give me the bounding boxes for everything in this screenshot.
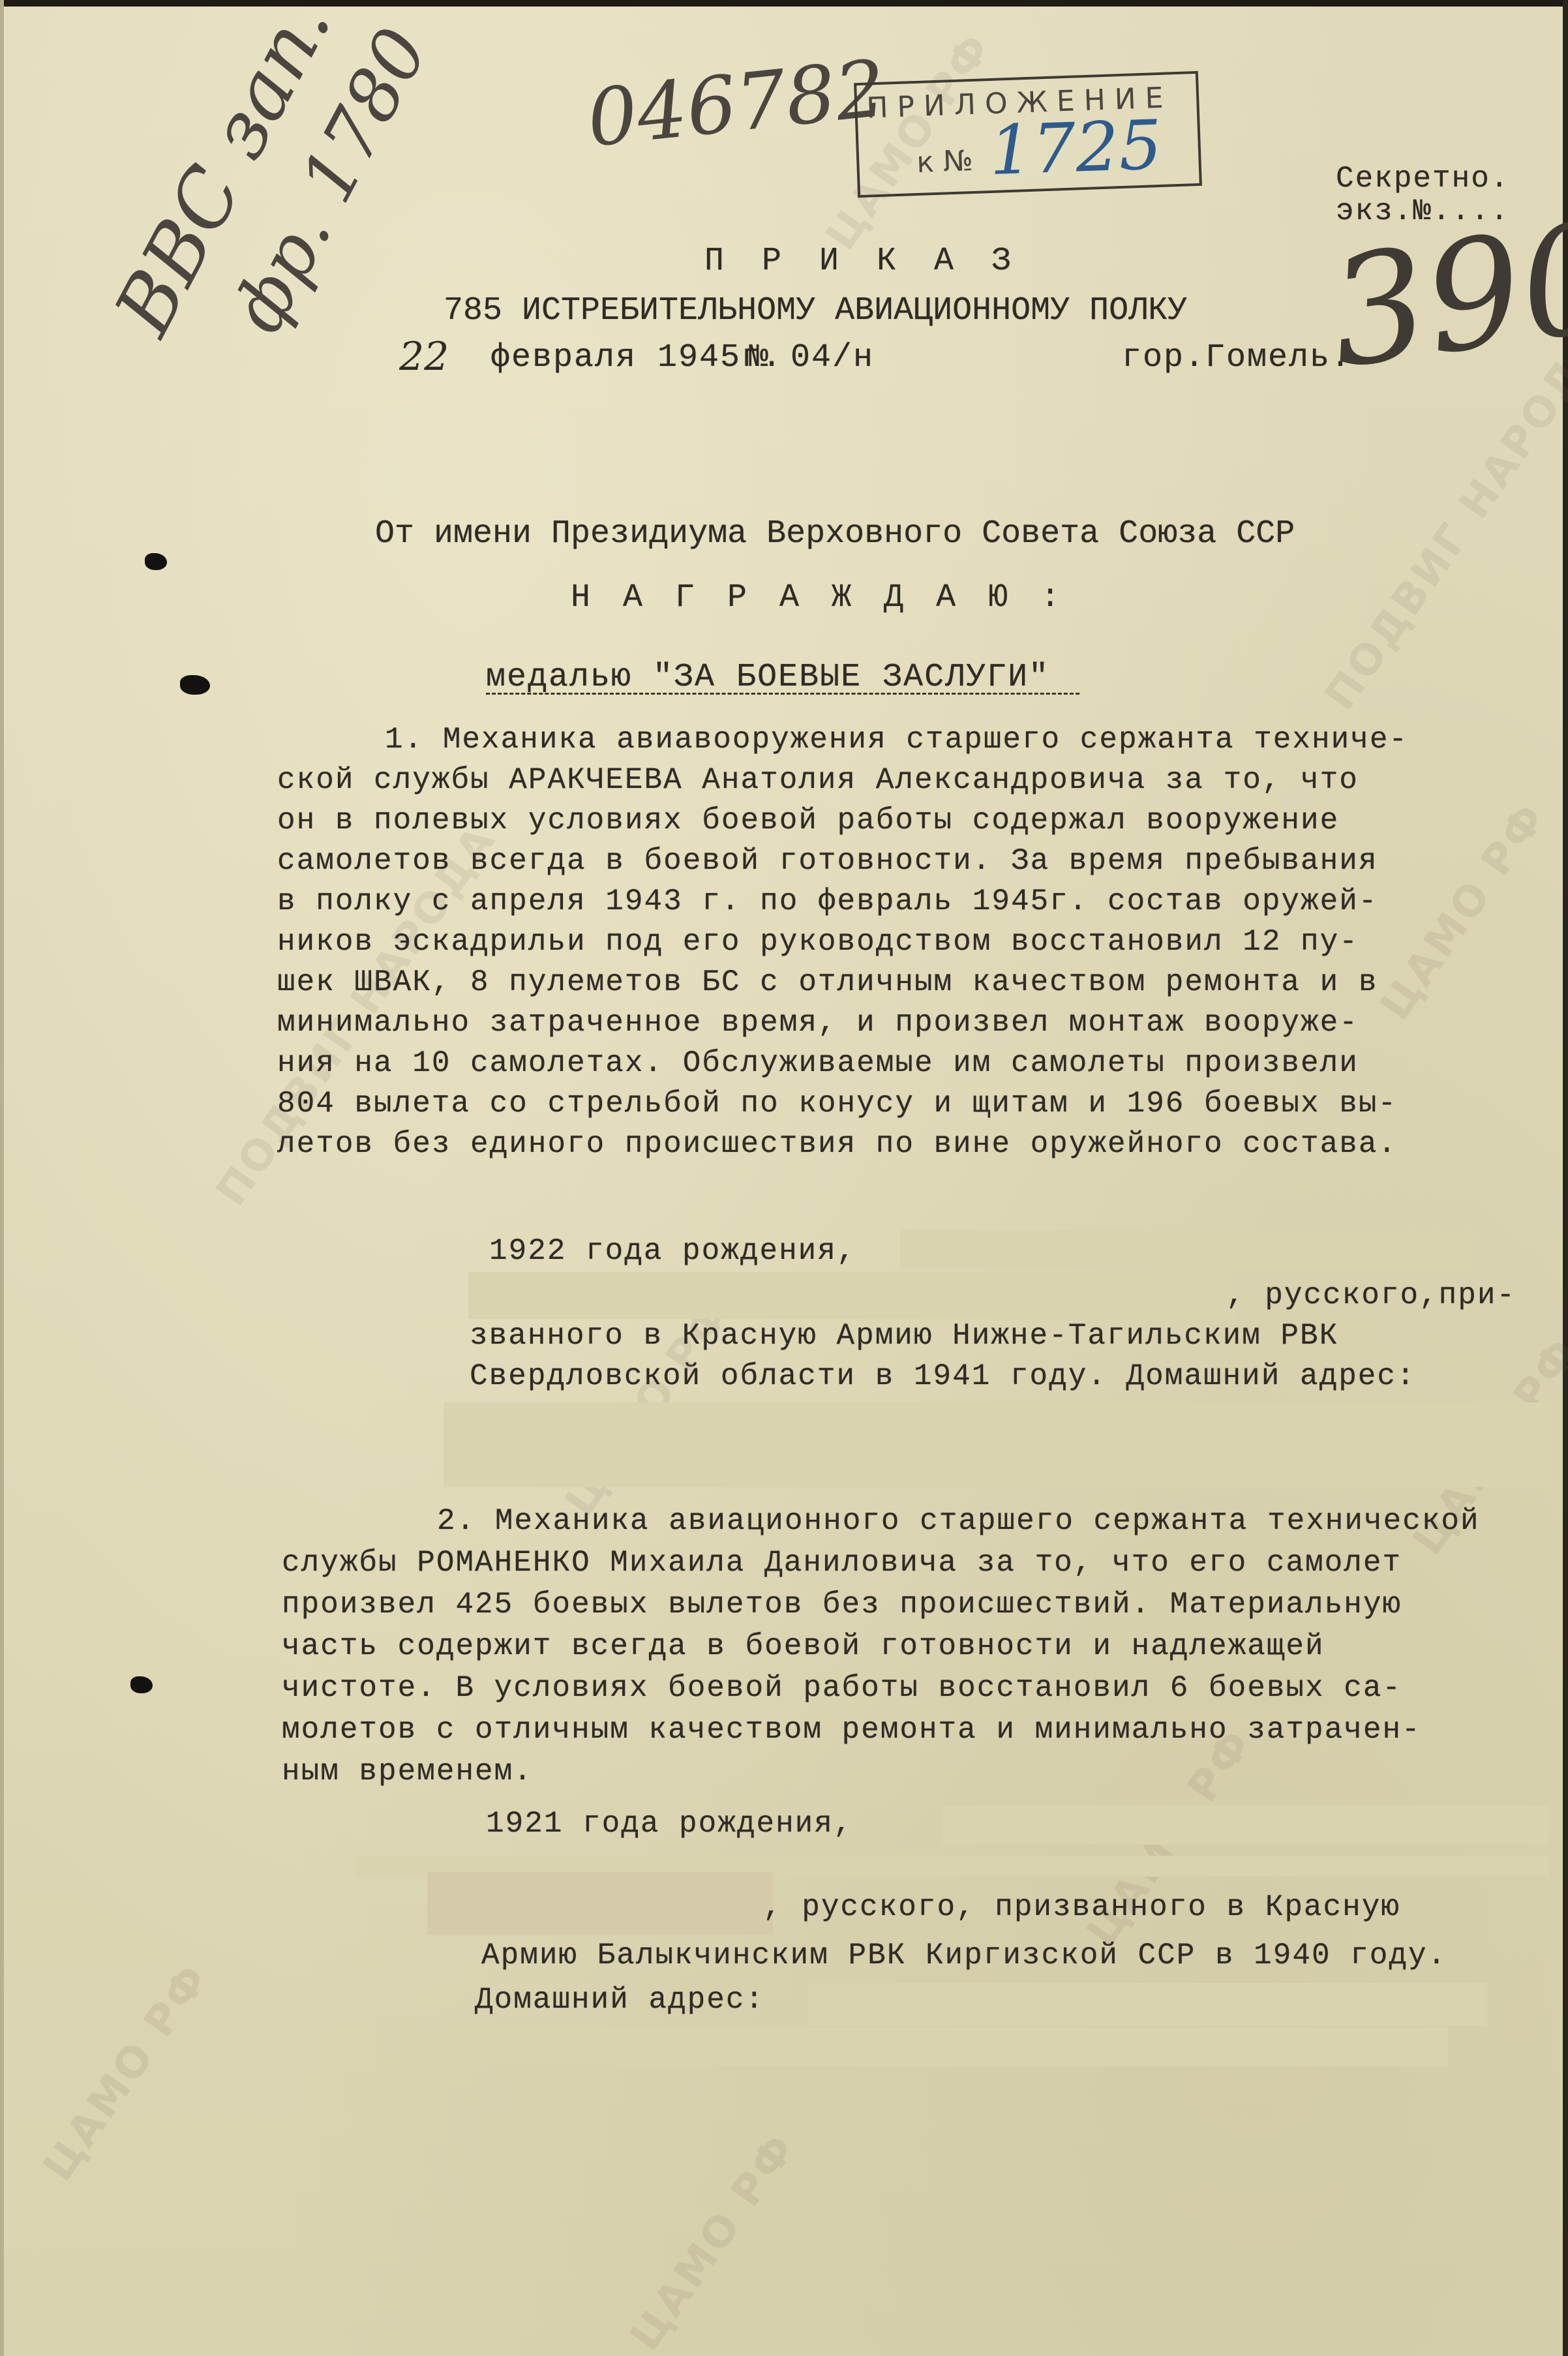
date-day-handwritten: 22 — [399, 334, 449, 380]
birth-year-line: 1921 года рождения, — [486, 1807, 853, 1841]
award-text-line: 804 вылета со стрельбой по конусу и щита… — [277, 1087, 1397, 1121]
classification-label: Секретно. — [1336, 162, 1509, 196]
award-text-line: в полку с апреля 1943 г. по февраль 1945… — [277, 884, 1378, 918]
home-address-line: Свердловской области в 1941 году. Домашн… — [470, 1359, 1416, 1393]
order-location: гор.Гомель. — [1122, 339, 1351, 376]
award-text-line: произвел 425 боевых вылетов без происшес… — [282, 1588, 1402, 1622]
award-text-line: молетов с отличным качеством ремонта и м… — [282, 1713, 1421, 1747]
award-text-line: часть содержит всегда в боевой готовност… — [282, 1629, 1325, 1663]
medal-heading-underline — [486, 693, 1079, 695]
punch-hole — [145, 553, 167, 570]
redacted-block — [427, 1872, 773, 1935]
award-text-line: ным временем. — [282, 1755, 533, 1789]
order-number: № 04/н — [749, 339, 874, 376]
redacted-block — [900, 1230, 1474, 1269]
watermark: ЦАМО РФ — [1371, 794, 1556, 1029]
conscription-line: званного в Красную Армию Нижне-Тагильски… — [470, 1319, 1338, 1353]
redacted-block — [468, 1272, 1235, 1319]
award-text-line: ской службы АРАКЧЕЕВА Анатолия Александр… — [277, 763, 1359, 797]
punch-hole — [130, 1676, 153, 1693]
award-text-line: ников эскадрильи под его руководством во… — [277, 925, 1359, 959]
award-text-line: 2. Механика авиационного старшего сержан… — [437, 1504, 1480, 1538]
unit-name: 785 ИСТРЕБИТЕЛЬНОМУ АВИАЦИОННОМУ ПОЛКУ — [444, 292, 1187, 329]
copy-number-label: экз.№.... — [1336, 194, 1509, 228]
document-page: ЦАМО РФ ПОДВИГ НАРОДА ЦАМО РФ ПОДВИГ НАР… — [0, 0, 1568, 2356]
award-verb: Н А Г Р А Ж Д А Ю : — [571, 579, 1066, 616]
award-text-line: он в полевых условиях боевой работы соде… — [277, 804, 1339, 838]
redacted-block — [444, 2027, 1448, 2066]
punch-hole — [180, 675, 210, 695]
watermark: ЦАМО РФ — [34, 1955, 219, 2190]
preamble: От имени Президиума Верховного Совета Со… — [375, 515, 1295, 552]
document-title: П Р И К А З — [704, 243, 1020, 280]
award-text-line: ния на 10 самолетах. Обслуживаемые им са… — [277, 1046, 1359, 1080]
home-address-line: Домашний адрес: — [475, 1983, 764, 2017]
award-text-line: шек ШВАК, 8 пулеметов БС с отличным каче… — [277, 965, 1378, 999]
award-text-line: самолетов всегда в боевой готовности. За… — [277, 844, 1378, 878]
scan-edge-top — [0, 0, 1568, 7]
redacted-block — [444, 1402, 1552, 1487]
stamp-number: 1725 — [988, 105, 1164, 190]
award-text-line: минимально затраченное время, и произвел… — [277, 1006, 1359, 1040]
award-text-line: 1. Механика авиавооружения старшего серж… — [385, 723, 1408, 757]
birth-year-line: 1922 года рождения, — [489, 1234, 856, 1268]
redacted-block — [809, 1983, 1487, 2026]
award-text-line: службы РОМАНЕНКО Михаила Даниловича за т… — [282, 1546, 1402, 1580]
medal-heading: медалью "ЗА БОЕВЫЕ ЗАСЛУГИ" — [486, 659, 1049, 696]
appendix-stamp: ПРИЛОЖЕНИЕ к № 1725 — [854, 71, 1202, 198]
redacted-block — [942, 1805, 1549, 1845]
scan-edge-left — [0, 0, 4, 2356]
watermark: ЦАМО РФ — [621, 2124, 806, 2356]
stamp-prefix: к № — [916, 144, 974, 179]
award-text-line: чистоте. В условиях боевой работы восста… — [282, 1671, 1402, 1705]
conscription-line: Армию Балыкчинским РВК Киргизской ССР в … — [481, 1939, 1447, 1972]
handwritten-inventory-number: 046782 — [583, 43, 890, 164]
award-text-line: летов без единого происшествия по вине о… — [277, 1127, 1397, 1161]
date-text: февраля 1945г. — [490, 339, 783, 376]
nationality-line: , русского, призванного в Красную — [763, 1890, 1400, 1924]
nationality-line: , русского,при- — [1226, 1278, 1516, 1312]
